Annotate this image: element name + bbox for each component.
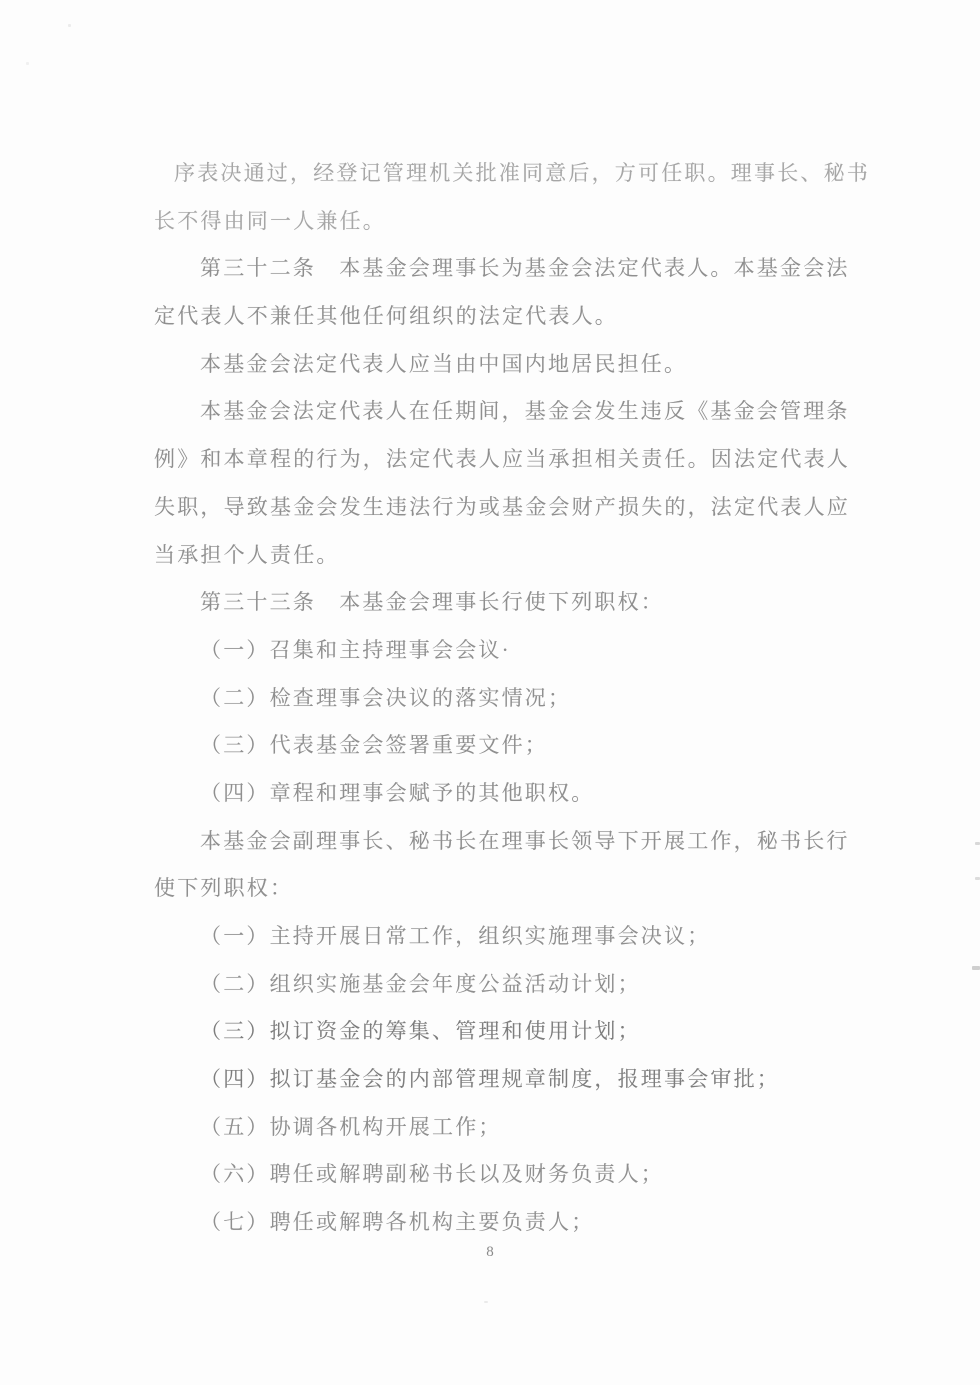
list-item: （四）拟订基金会的内部管理规章制度，报理事会审批；: [154, 1056, 870, 1104]
scan-artifact: [975, 842, 980, 845]
list-item: （三）代表基金会签署重要文件；: [154, 722, 870, 770]
article-32-heading-line: 第三十二条 本基金会理事长为基金会法定代表人。本基金会法: [154, 245, 870, 293]
list-item: （二）检查理事会决议的落实情况；: [154, 675, 870, 723]
text-line: 本基金会法定代表人应当由中国内地居民担任。: [154, 341, 870, 389]
scan-artifact: [26, 62, 29, 65]
text-line: 当承担个人责任。: [154, 532, 870, 580]
list-item: （一）主持开展日常工作，组织实施理事会决议；: [154, 913, 870, 961]
text-line: 使下列职权：: [154, 865, 870, 913]
list-item: （五）协调各机构开展工作；: [154, 1104, 870, 1152]
page-number: 8: [0, 1243, 980, 1261]
scan-artifact: [484, 1301, 488, 1303]
scan-artifact: [68, 24, 71, 27]
text-line: 长不得由同一人兼任。: [154, 198, 870, 246]
article-33-heading-line: 第三十三条 本基金会理事长行使下列职权：: [154, 579, 870, 627]
scan-artifact: [972, 966, 980, 970]
text-line: 本基金会副理事长、秘书长在理事长领导下开展工作，秘书长行: [154, 818, 870, 866]
list-item: （四）章程和理事会赋予的其他职权。: [154, 770, 870, 818]
scan-artifact: [975, 877, 980, 880]
list-item: （二）组织实施基金会年度公益活动计划；: [154, 961, 870, 1009]
text-line: 失职，导致基金会发生违法行为或基金会财产损失的，法定代表人应: [154, 484, 870, 532]
text-line: 本基金会法定代表人在任期间，基金会发生违反《基金会管理条: [154, 388, 870, 436]
text-line: 序表决通过，经登记管理机关批准同意后，方可任职。理事长、秘书: [154, 150, 870, 198]
list-item: （六）聘任或解聘副秘书长以及财务负责人；: [154, 1151, 870, 1199]
document-page: 序表决通过，经登记管理机关批准同意后，方可任职。理事长、秘书 长不得由同一人兼任…: [0, 0, 980, 1385]
list-item: （三）拟订资金的筹集、管理和使用计划；: [154, 1008, 870, 1056]
document-text-block: 序表决通过，经登记管理机关批准同意后，方可任职。理事长、秘书 长不得由同一人兼任…: [154, 150, 870, 1247]
list-item: （一）召集和主持理事会会议·: [154, 627, 870, 675]
text-line: 定代表人不兼任其他任何组织的法定代表人。: [154, 293, 870, 341]
list-item: （七）聘任或解聘各机构主要负责人；: [154, 1199, 870, 1247]
text-line: 例》和本章程的行为，法定代表人应当承担相关责任。因法定代表人: [154, 436, 870, 484]
